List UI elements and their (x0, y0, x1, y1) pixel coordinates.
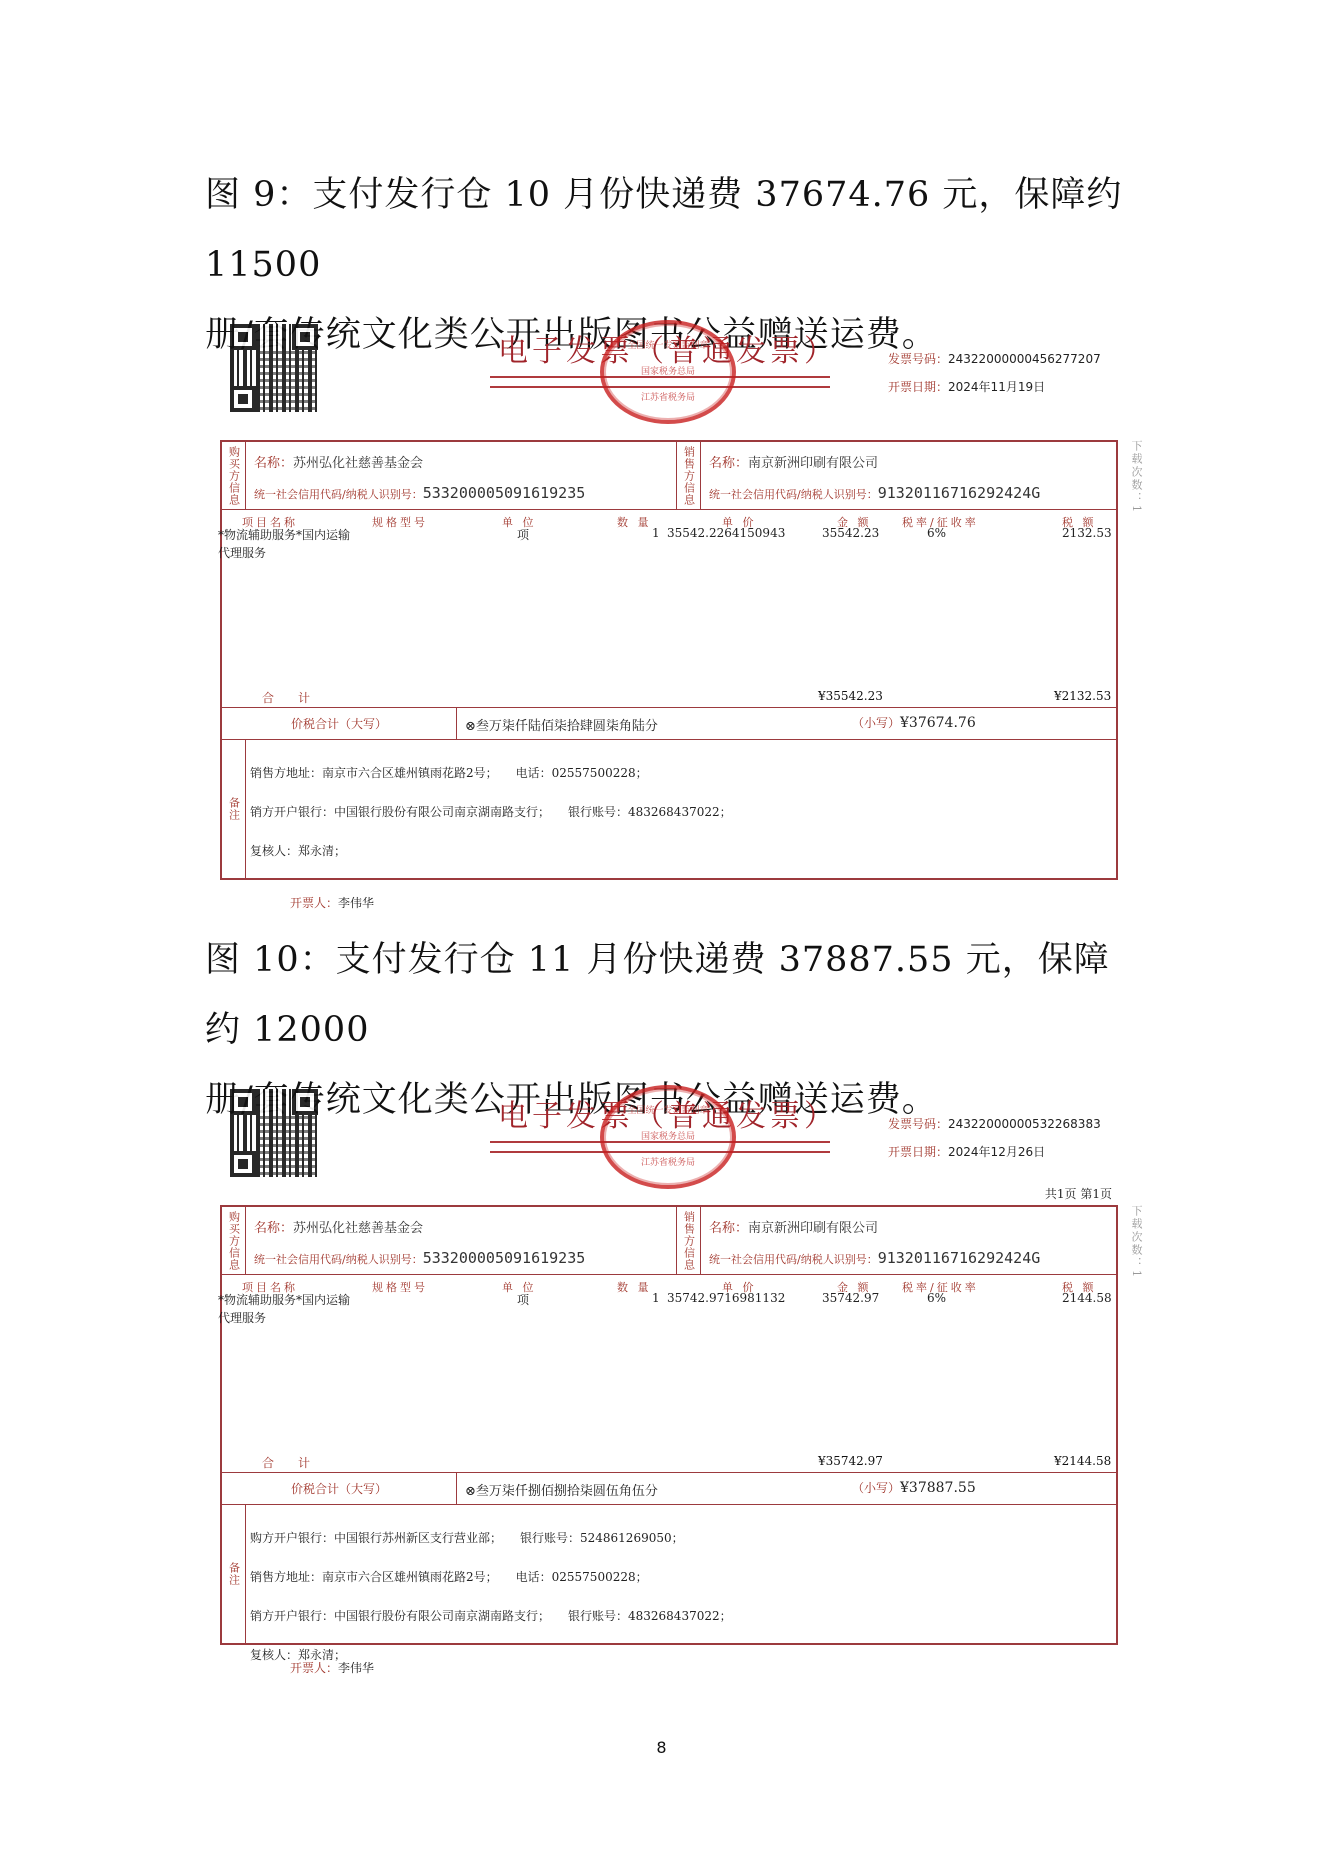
remarks: 备注 销售方地址：南京市六合区雄州镇雨花路2号； 电话：02557500228；… (222, 739, 1116, 878)
seller-name-value: 南京新洲印刷有限公司 (748, 456, 878, 471)
line-items: 项目名称 规格型号 单 位 数 量 单 价 金 额 税率/征收率 税 额 *物流… (222, 1275, 1116, 1450)
invoice-date-label: 开票日期： (888, 380, 948, 394)
remarks-label: 备注 (222, 1504, 246, 1643)
buyer-name-label: 名称： (254, 1221, 293, 1236)
item-qty: 1 (652, 1291, 660, 1305)
buyer-name-value: 苏州弘化社慈善基金会 (293, 456, 423, 471)
item-name: *物流辅助服务*国内运输 (218, 1291, 350, 1308)
item-name-cont: 代理服务 (218, 544, 266, 561)
tax-seal-stamp: 全国统一发票监制章 国家税务总局 江苏省税务局 (600, 320, 736, 424)
seal-text-middle: 国家税务总局 (604, 364, 732, 377)
invoice-date: 开票日期：2024年12月26日 (888, 1143, 1045, 1160)
seller-info: 销售方信息 名称：南京新洲印刷有限公司 统一社会信用代码/纳税人识别号：9132… (677, 442, 1118, 510)
caption-line-1: 图 9：支付发行仓 10 月份快递费 37674.76 元，保障约 11500 (205, 160, 1135, 300)
grand-total-number: （小写）¥37674.76 (852, 714, 976, 731)
remarks: 备注 购方开户银行：中国银行苏州新区支行营业部； 银行账号：5248612690… (222, 1504, 1116, 1643)
seller-tax-id-value: 91320116716292424G (878, 1249, 1041, 1267)
download-count-note: 下载次数：1 (1128, 1205, 1144, 1279)
buyer-tax-id-label: 统一社会信用代码/纳税人识别号： (254, 488, 423, 501)
invoice-date-value: 2024年12月26日 (948, 1145, 1045, 1159)
grand-total-row: 价税合计（大写） ⊗叁万柒仟陆佰柒拾肆圆柒角陆分 （小写）¥37674.76 (222, 707, 1116, 740)
page-number: 8 (0, 1738, 1323, 1757)
invoice-figure-10: 电子发票（普通发票） 全国统一发票监制章 国家税务总局 江苏省税务局 发票号码：… (220, 1085, 1120, 1645)
remark-line: 购方开户银行：中国银行苏州新区支行营业部； 银行账号：524861269050； (250, 1532, 732, 1545)
item-tax: 2132.53 (1062, 526, 1112, 540)
total-label: 合 计 (262, 689, 310, 706)
col-qty: 数 量 (617, 514, 652, 530)
seal-text-middle: 国家税务总局 (604, 1129, 732, 1142)
item-unit-price: 35742.9716981132 (667, 1291, 785, 1305)
invoice-table: 购买方信息 名称：苏州弘化社慈善基金会 统一社会信用代码/纳税人识别号：5332… (220, 440, 1118, 880)
invoice-number: 发票号码：24322000000532268383 (888, 1115, 1101, 1132)
col-spec: 规格型号 (372, 1279, 428, 1295)
buyer-name: 名称：苏州弘化社慈善基金会 (254, 452, 423, 471)
seller-info: 销售方信息 名称：南京新洲印刷有限公司 统一社会信用代码/纳税人识别号：9132… (677, 1207, 1118, 1275)
grand-total-value: ¥37887.55 (900, 1480, 976, 1496)
remarks-label: 备注 (222, 739, 246, 878)
buyer-name: 名称：苏州弘化社慈善基金会 (254, 1217, 423, 1236)
item-unit: 项 (517, 1291, 529, 1308)
invoice-date-label: 开票日期： (888, 1145, 948, 1159)
invoice-date-value: 2024年11月19日 (948, 380, 1045, 394)
grand-small-label: （小写） (852, 1481, 900, 1495)
buyer-name-label: 名称： (254, 456, 293, 471)
grand-total-words: ⊗叁万柒仟陆佰柒拾肆圆柒角陆分 (465, 715, 658, 734)
buyer-tax-id: 统一社会信用代码/纳税人识别号：533200005091619235 (254, 484, 585, 502)
buyer-section-label: 购买方信息 (222, 1207, 246, 1274)
item-tax-rate: 6% (927, 1291, 946, 1305)
issuer-value: 李伟华 (338, 1661, 374, 1675)
remark-line: 销售方地址：南京市六合区雄州镇雨花路2号； 电话：02557500228； (250, 1571, 732, 1584)
grand-total-label: 价税合计（大写） (222, 1472, 457, 1504)
issuer-label: 开票人： (290, 1661, 338, 1675)
grand-total-words: ⊗叁万柒仟捌佰捌拾柒圆伍角伍分 (465, 1480, 658, 1499)
buyer-tax-id: 统一社会信用代码/纳税人识别号：533200005091619235 (254, 1249, 585, 1267)
remark-line: 销售方地址：南京市六合区雄州镇雨花路2号； 电话：02557500228； (250, 767, 732, 780)
issuer-label: 开票人： (290, 896, 338, 910)
seller-tax-id-label: 统一社会信用代码/纳税人识别号： (709, 1253, 878, 1266)
remarks-text: 销售方地址：南京市六合区雄州镇雨花路2号； 电话：02557500228； 销方… (250, 741, 732, 884)
grand-small-label: （小写） (852, 716, 900, 730)
seller-tax-id: 统一社会信用代码/纳税人识别号：91320116716292424G (709, 1249, 1040, 1267)
buyer-tax-id-label: 统一社会信用代码/纳税人识别号： (254, 1253, 423, 1266)
buyer-info: 购买方信息 名称：苏州弘化社慈善基金会 统一社会信用代码/纳税人识别号：5332… (222, 442, 677, 510)
item-unit-price: 35542.2264150943 (667, 526, 785, 540)
buyer-tax-id-value: 533200005091619235 (423, 484, 586, 502)
item-unit: 项 (517, 526, 529, 543)
seller-name: 名称：南京新洲印刷有限公司 (709, 1217, 878, 1236)
invoice-figure-9: 电子发票（普通发票） 全国统一发票监制章 国家税务总局 江苏省税务局 发票号码：… (220, 320, 1120, 880)
invoice-number-value: 24322000000532268383 (948, 1117, 1101, 1131)
invoice-date: 开票日期：2024年11月19日 (888, 378, 1045, 395)
total-tax: ¥2144.58 (1054, 1454, 1111, 1468)
qr-code-icon (230, 1089, 318, 1177)
total-amount: ¥35542.23 (818, 689, 883, 703)
seller-name-label: 名称： (709, 456, 748, 471)
seller-name-label: 名称： (709, 1221, 748, 1236)
total-row: 合 计 ¥35742.97 ¥2144.58 (222, 1450, 1116, 1473)
buyer-tax-id-value: 533200005091619235 (423, 1249, 586, 1267)
item-amount: 35742.97 (822, 1291, 879, 1305)
invoice-table: 购买方信息 名称：苏州弘化社慈善基金会 统一社会信用代码/纳税人识别号：5332… (220, 1205, 1118, 1645)
seller-tax-id-label: 统一社会信用代码/纳税人识别号： (709, 488, 878, 501)
total-amount: ¥35742.97 (818, 1454, 883, 1468)
caption-line-1: 图 10：支付发行仓 11 月份快递费 37887.55 元，保障约 12000 (205, 925, 1135, 1065)
invoice-number-label: 发票号码： (888, 1117, 948, 1131)
buyer-info: 购买方信息 名称：苏州弘化社慈善基金会 统一社会信用代码/纳税人识别号：5332… (222, 1207, 677, 1275)
item-amount: 35542.23 (822, 526, 879, 540)
item-name: *物流辅助服务*国内运输 (218, 526, 350, 543)
seller-name: 名称：南京新洲印刷有限公司 (709, 452, 878, 471)
remark-line: 销方开户银行：中国银行股份有限公司南京湖南路支行； 银行账号：483268437… (250, 806, 732, 819)
seal-text-bottom: 江苏省税务局 (604, 390, 732, 403)
invoice-number-value: 24322000000456277207 (948, 352, 1101, 366)
total-row: 合 计 ¥35542.23 ¥2132.53 (222, 685, 1116, 708)
col-spec: 规格型号 (372, 514, 428, 530)
seller-section-label: 销售方信息 (677, 1207, 701, 1274)
issuer: 开票人：李伟华 (290, 894, 374, 911)
buyer-name-value: 苏州弘化社慈善基金会 (293, 1221, 423, 1236)
remark-line: 复核人：郑永清； (250, 845, 732, 858)
seal-text-top: 全国统一发票监制章 (604, 1103, 732, 1116)
item-tax-rate: 6% (927, 526, 946, 540)
line-items: 项目名称 规格型号 单 位 数 量 单 价 金 额 税率/征收率 税 额 *物流… (222, 510, 1116, 685)
seal-text-top: 全国统一发票监制章 (604, 338, 732, 351)
download-count-note: 下载次数：1 (1128, 440, 1144, 514)
invoice-number: 发票号码：24322000000456277207 (888, 350, 1101, 367)
remark-line: 销方开户银行：中国银行股份有限公司南京湖南路支行； 银行账号：483268437… (250, 1610, 732, 1623)
buyer-section-label: 购买方信息 (222, 442, 246, 509)
grand-total-label: 价税合计（大写） (222, 707, 457, 739)
qr-code-icon (230, 324, 318, 412)
item-tax: 2144.58 (1062, 1291, 1112, 1305)
col-qty: 数 量 (617, 1279, 652, 1295)
page-indicator: 共1页 第1页 (1045, 1185, 1112, 1202)
invoice-number-label: 发票号码： (888, 352, 948, 366)
seller-tax-id-value: 91320116716292424G (878, 484, 1041, 502)
item-name-cont: 代理服务 (218, 1309, 266, 1326)
grand-total-value: ¥37674.76 (900, 715, 976, 731)
grand-total-number: （小写）¥37887.55 (852, 1479, 976, 1496)
tax-seal-stamp: 全国统一发票监制章 国家税务总局 江苏省税务局 (600, 1085, 736, 1189)
seller-tax-id: 统一社会信用代码/纳税人识别号：91320116716292424G (709, 484, 1040, 502)
issuer-value: 李伟华 (338, 896, 374, 910)
item-qty: 1 (652, 526, 660, 540)
seller-name-value: 南京新洲印刷有限公司 (748, 1221, 878, 1236)
seal-text-bottom: 江苏省税务局 (604, 1155, 732, 1168)
seller-section-label: 销售方信息 (677, 442, 701, 509)
total-label: 合 计 (262, 1454, 310, 1471)
grand-total-row: 价税合计（大写） ⊗叁万柒仟捌佰捌拾柒圆伍角伍分 （小写）¥37887.55 (222, 1472, 1116, 1505)
total-tax: ¥2132.53 (1054, 689, 1111, 703)
issuer: 开票人：李伟华 (290, 1659, 374, 1676)
